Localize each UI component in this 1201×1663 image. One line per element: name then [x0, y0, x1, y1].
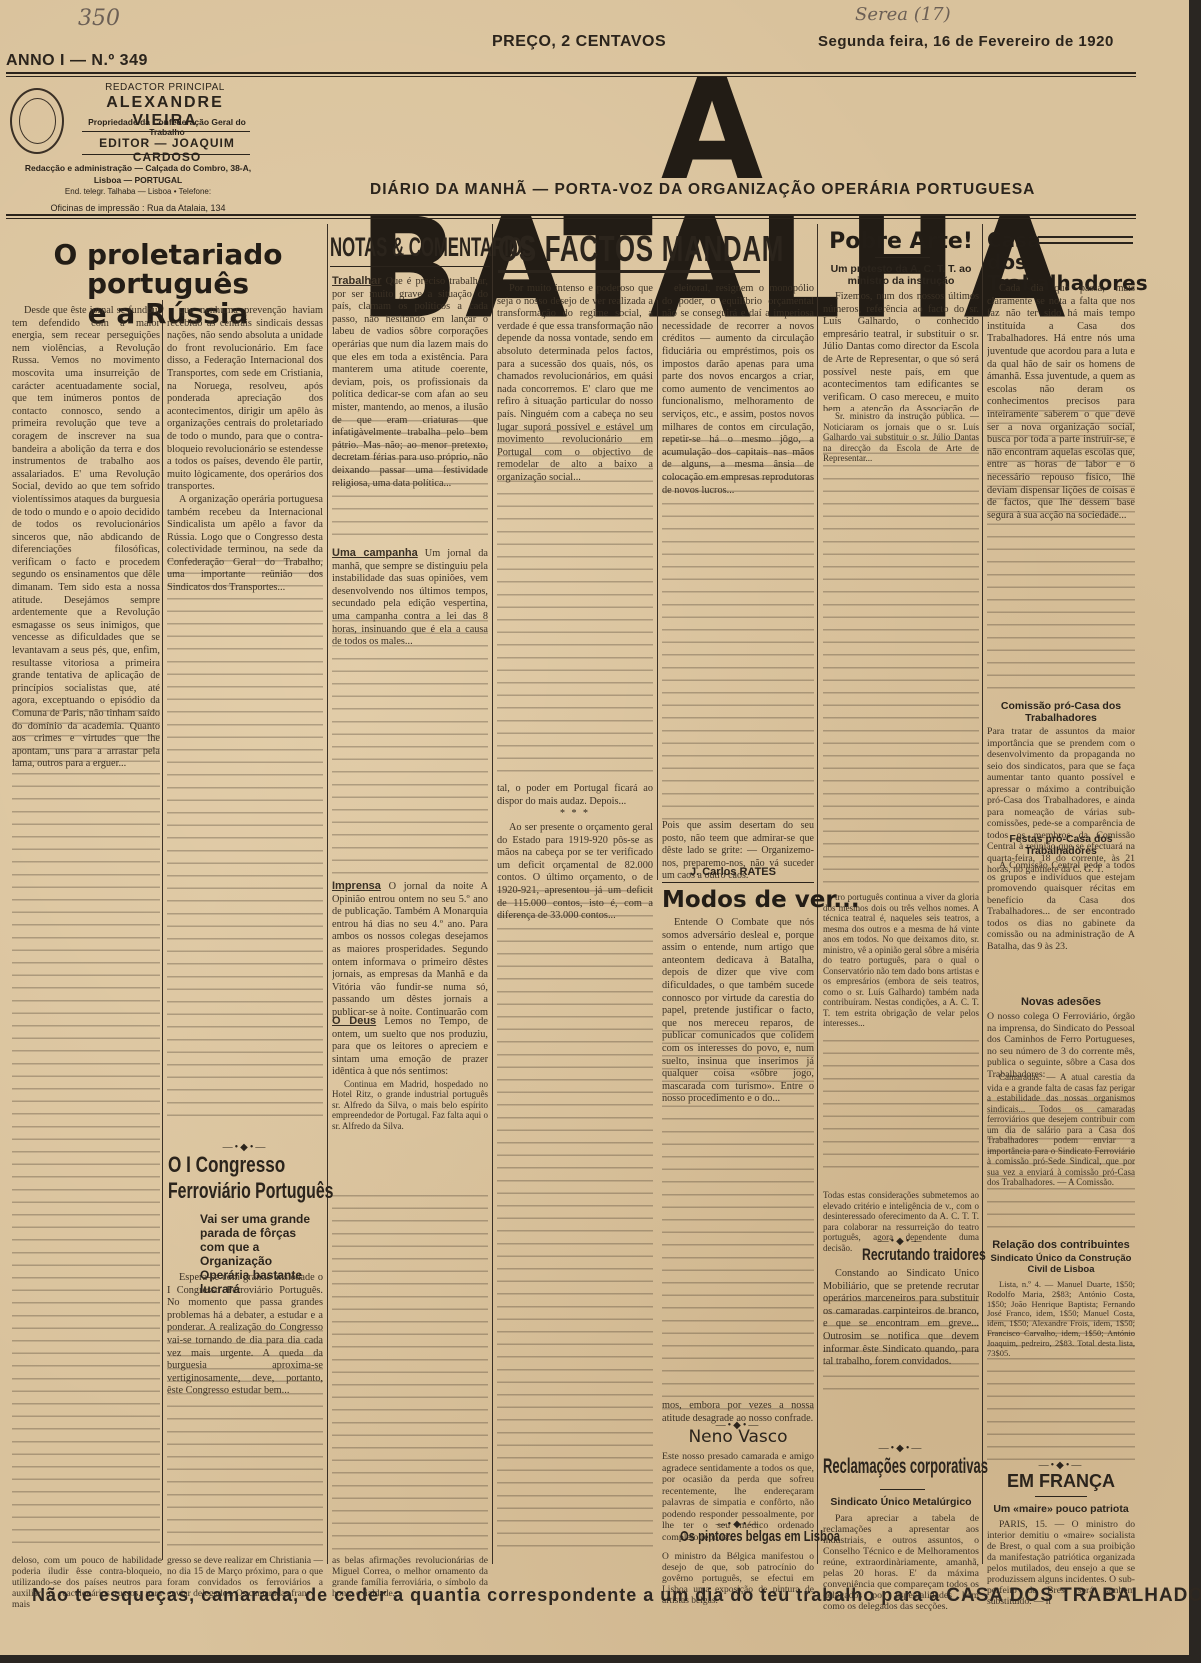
festas-body: A Comissão Central pede a todos os grupo… — [987, 860, 1135, 985]
column-rule — [162, 300, 163, 1560]
divider — [880, 1489, 925, 1490]
reclamacoes-subhead: Sindicato Único Metalúrgico — [823, 1495, 979, 1509]
address-line: Redacção e administração — Calçada do Co… — [18, 163, 258, 173]
pobre-arte-headline: Pobre Arte! — [822, 230, 980, 253]
footer-banner: Não te esqueças, camarada, de ceder a qu… — [32, 1585, 1201, 1607]
issue-date: Segunda feira, 16 de Fevereiro de 1920 — [818, 33, 1114, 50]
text-block — [823, 1040, 979, 1170]
workshop-line: Oficinas de impressão : Rua da Atalaia, … — [18, 203, 258, 213]
text-block — [823, 1300, 979, 1395]
divider — [875, 257, 930, 258]
notas-imprensa: Imprensa O jornal da noite A Opinião ent… — [332, 880, 488, 1020]
festas-head: Festas pró-Casa dos Trabalhadores — [987, 833, 1135, 857]
ornament-divider: —•◆•— — [987, 1460, 1135, 1471]
casa-headline-1: Casa — [987, 230, 1041, 251]
footer-banner-emphasis: CASA DOS TRABALHADORES — [946, 1585, 1201, 1606]
headline-rule — [1038, 242, 1133, 244]
pobre-arte-cont: tro português continua a viver da gloria… — [823, 892, 979, 1042]
handwritten-number: 350 — [78, 6, 120, 31]
relacao-sub: Sindicato Único da Construção Civil de L… — [987, 1253, 1135, 1275]
divider — [330, 266, 490, 267]
headline-line: O proletariado português — [8, 240, 328, 299]
notas-campanha-head: Uma campanha — [332, 547, 418, 559]
text-block — [662, 440, 814, 820]
newspaper-subtitle: DIÁRIO DA MANHÃ — PORTA-VOZ DA ORGANIZAÇ… — [370, 181, 1035, 199]
text-block — [823, 440, 979, 890]
text-block — [332, 620, 488, 875]
cgt-seal-icon — [10, 88, 64, 154]
text-block — [497, 430, 653, 780]
newspaper-page: 350 Serea (17) ANNO I — N.º 349 PREÇO, 2… — [0, 0, 1189, 1655]
notas-trabalhar-head: Trabalhar — [332, 275, 382, 287]
handwritten-note: Serea (17) — [855, 4, 951, 25]
divider — [6, 218, 1136, 219]
text-block — [662, 1030, 814, 1410]
text-block — [12, 710, 160, 1550]
notas-deus: O Deus Lemos no Tempo, de ontem, um suel… — [332, 1015, 488, 1195]
relacao-head: Relação dos contribuintes — [987, 1238, 1135, 1252]
price: PREÇO, 2 CENTAVOS — [492, 33, 666, 51]
factos-col1-mid: tal, o poder em Portugal ficará ao dispo… — [497, 783, 653, 808]
column-rule — [657, 300, 658, 880]
novas-adesoes-head: Novas adesões — [987, 995, 1135, 1009]
neno-headline: Neno Vasco — [662, 1427, 814, 1447]
text-block — [987, 410, 1135, 693]
reclamacoes-headline: Reclamações corporativas — [823, 1455, 988, 1479]
franca-subhead: Um «maire» pouco patriota — [987, 1502, 1135, 1516]
divider — [662, 882, 814, 883]
text-block — [987, 1100, 1135, 1230]
factos-headline: OS FACTOS MANDAM — [498, 228, 784, 270]
pobre-arte-body: Fizemos, num dos nossos últimos números,… — [823, 291, 979, 411]
text-block — [497, 890, 653, 1555]
property-line: Propriedade da Confederação Geral do Tra… — [82, 117, 252, 137]
address-city: Lisboa — PORTUGAL — [18, 175, 258, 185]
text-block — [167, 1330, 323, 1550]
masthead-bottom-rule — [6, 214, 1136, 216]
text-block — [987, 1320, 1135, 1460]
recrutando-headline: Recrutando traidores — [862, 1245, 986, 1265]
editor-line: EDITOR — JOAQUIM CARDOSO — [82, 136, 252, 164]
column-rule — [492, 224, 493, 1564]
column-rule — [982, 224, 983, 1564]
pobre-arte-subhead: Um protesto da A. C. T. T. ao ministro d… — [822, 263, 980, 287]
text-block — [332, 1195, 488, 1550]
ornament-divider: —•◆•— — [823, 1443, 979, 1454]
pintores-headline: Os pintores belgas em Lisboa — [680, 1528, 840, 1545]
column-rule — [327, 224, 328, 1564]
redactor-label: REDACTOR PRINCIPAL — [80, 82, 250, 93]
novas-adesoes-body: O nosso colega O Ferroviário, órgão na i… — [987, 1011, 1135, 1080]
footer-banner-text: Não te esqueças, camarada, de ceder a qu… — [32, 1585, 946, 1605]
notas-imprensa-head: Imprensa — [332, 880, 381, 892]
factos-stars: * * * — [497, 808, 653, 819]
divider — [1035, 1496, 1087, 1497]
notas-deus-head: O Deus — [332, 1015, 376, 1027]
congresso-headline-2: Ferroviário Português — [168, 1178, 333, 1204]
franca-headline: EM FRANÇA — [987, 1471, 1135, 1492]
telegraph-line: End. telegr. Talhaba — Lisboa • Telefone… — [18, 187, 258, 196]
divider — [82, 131, 250, 132]
congresso-headline-1: O I Congresso — [168, 1152, 285, 1178]
headline-underline — [498, 270, 760, 273]
text-block — [332, 420, 488, 540]
comissao-head: Comissão pró-Casa dos Trabalhadores — [987, 700, 1135, 724]
factos-signature: J. Carlos RATES — [690, 866, 776, 878]
divider — [82, 154, 250, 155]
headline-rule — [1038, 236, 1133, 238]
issue-number: ANNO I — N.º 349 — [6, 52, 148, 70]
text-block — [167, 560, 323, 1120]
